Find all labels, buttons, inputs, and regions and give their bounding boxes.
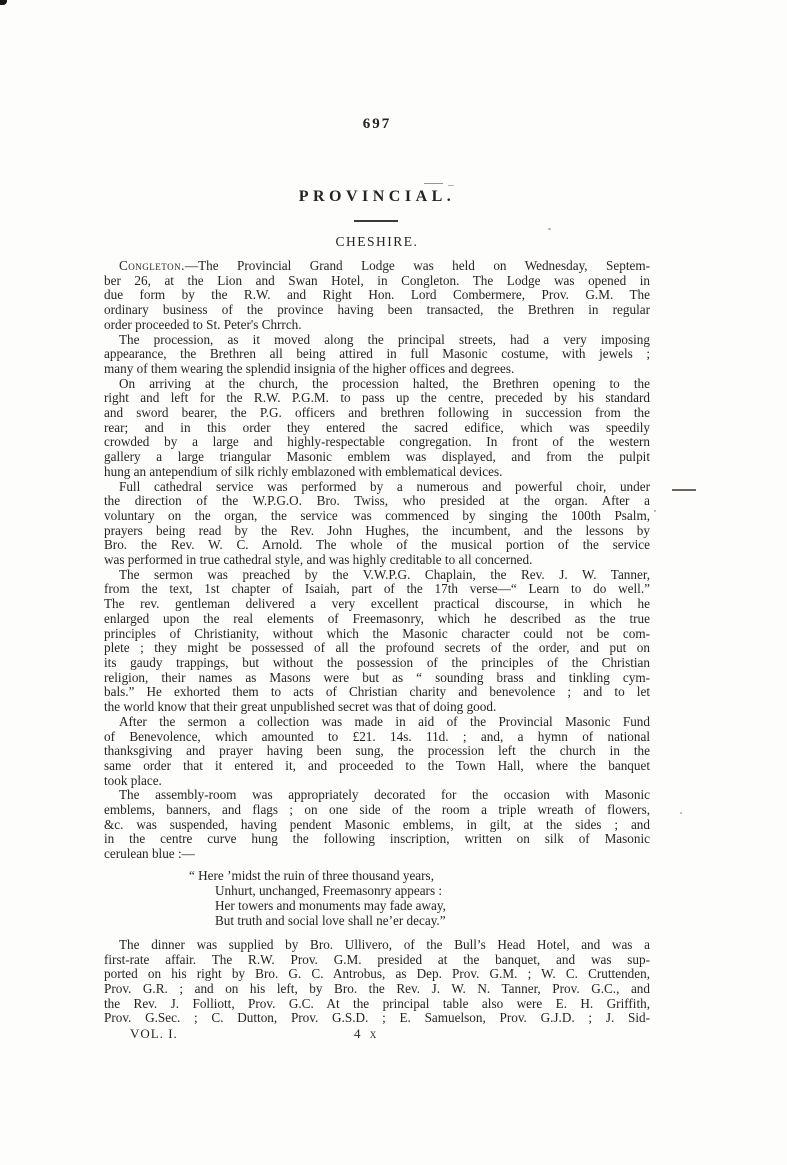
text-line: Prov. G.Sec. ; C. Dutton, Prov. G.S.D. ;… <box>104 1011 650 1026</box>
text-line: the direction of the W.P.G.O. Bro. Twiss… <box>104 494 650 509</box>
text-line: But truth and social love shall ne’er de… <box>215 913 650 928</box>
text-line: many of them wearing the splendid insign… <box>104 362 650 377</box>
paragraph: The procession, as it moved along the pr… <box>104 333 650 377</box>
text-line: Prov. G.R. ; and on his left, by Bro. th… <box>104 982 650 997</box>
text-line: crowded by a large and highly-respectabl… <box>104 435 650 450</box>
scan-artifact-smudge <box>424 183 443 184</box>
text-line: After the sermon a collection was made i… <box>104 715 650 730</box>
text-line: prayers being read by the Rev. John Hugh… <box>104 524 650 539</box>
text-line: rear; and in this order they entered the… <box>104 421 650 436</box>
scanned-page: 697 PROVINCIAL. CHESHIRE. Congleton.—The… <box>0 0 787 1165</box>
text-line: voluntary on the organ, the service was … <box>104 509 650 524</box>
page-footer: VOL. I. 4 x <box>104 1026 650 1042</box>
article-body: Congleton.—The Provincial Grand Lodge wa… <box>104 259 650 1026</box>
text-line: principles of Christianity, without whic… <box>104 627 650 642</box>
paragraph: Congleton.—The Provincial Grand Lodge wa… <box>104 259 650 333</box>
text-line: order proceeded to St. Peter's Chrrch. <box>104 318 650 333</box>
text-line: bals.” He exhorted them to acts of Chris… <box>104 685 650 700</box>
text-line: thanksgiving and prayer having been sung… <box>104 744 650 759</box>
text-line: appearance, the Brethren all being attir… <box>104 347 650 362</box>
text-line: emblems, banners, and flags ; on one sid… <box>104 803 650 818</box>
text-line: religion, their names as Masons were but… <box>104 671 650 686</box>
text-line: of Benevolence, which amounted to £21. 1… <box>104 730 650 745</box>
scan-artifact-speck <box>680 812 682 814</box>
text-line: the Rev. J. Folliott, Prov. G.C. At the … <box>104 997 650 1012</box>
text-line: Full cathedral service was performed by … <box>104 480 650 495</box>
text-line: hung an antependium of silk richly embla… <box>104 465 650 480</box>
text-line: &c. was suspended, having pendent Masoni… <box>104 818 650 833</box>
paragraph: On arriving at the church, the processio… <box>104 377 650 480</box>
text-line: was performed in true cathedral style, a… <box>104 553 650 568</box>
text-line: same order that it entered it, and proce… <box>104 759 650 774</box>
text-line: Unhurt, unchanged, Freemasonry appears : <box>215 883 650 898</box>
volume-label: VOL. I. <box>130 1026 178 1042</box>
text-line: cerulean blue :— <box>104 847 650 862</box>
text-line: in the centre curve hung the following i… <box>104 832 650 847</box>
lead-word: Congleton. <box>119 258 185 273</box>
text-line: right and left for the R.W. P.G.M. to pa… <box>104 391 650 406</box>
text-line: The assembly-room was appropriately deco… <box>104 788 650 803</box>
scan-artifact-speck <box>548 228 551 230</box>
section-heading: CHESHIRE. <box>104 234 650 250</box>
scan-artifact-dash <box>672 489 696 491</box>
title-rule <box>354 220 398 222</box>
text-line: due form by the R.W. and Right Hon. Lord… <box>104 288 650 303</box>
text-line: The rev. gentleman delivered a very exce… <box>104 597 650 612</box>
scan-artifact-smudge <box>448 185 454 186</box>
text-line: took place. <box>104 774 650 789</box>
text-line: and sword bearer, the P.G. officers and … <box>104 406 650 421</box>
scan-artifact-corner <box>0 0 7 5</box>
paragraph: The assembly-room was appropriately deco… <box>104 788 650 862</box>
text-line: the world know that their great unpublis… <box>104 700 650 715</box>
text-line: its gaudy trappings, but without the pos… <box>104 656 650 671</box>
paragraph: Full cathedral service was performed by … <box>104 480 650 568</box>
text-line: from the text, 1st chapter of Isaiah, pa… <box>104 582 650 597</box>
text-line: On arriving at the church, the processio… <box>104 377 650 392</box>
text-line: The sermon was preached by the V.W.P.G. … <box>104 568 650 583</box>
text-line: ber 26, at the Lion and Swan Hotel, in C… <box>104 274 650 289</box>
scan-artifact-speck <box>654 510 656 512</box>
page-title: PROVINCIAL. <box>104 188 650 206</box>
signature-mark: 4 x <box>354 1026 379 1042</box>
paragraph: The sermon was preached by the V.W.P.G. … <box>104 568 650 715</box>
text-line: ported on his right by Bro. G. C. Antrob… <box>104 967 650 982</box>
paragraph: The dinner was supplied by Bro. Ullivero… <box>104 938 650 1026</box>
text-line: The dinner was supplied by Bro. Ullivero… <box>104 938 650 953</box>
text-line: gallery a large triangular Masonic emble… <box>104 450 650 465</box>
text-line: ordinary business of the province having… <box>104 303 650 318</box>
text-line: first-rate affair. The R.W. Prov. G.M. p… <box>104 953 650 968</box>
text-line: plete ; they might be possessed of all t… <box>104 641 650 656</box>
text-line: “ Here ’midst the ruin of three thousand… <box>215 868 650 883</box>
verse-block: “ Here ’midst the ruin of three thousand… <box>104 868 650 928</box>
text-line: Congleton.—The Provincial Grand Lodge wa… <box>104 259 650 274</box>
text-line: Her towers and monuments may fade away, <box>215 898 650 913</box>
text-line: Bro. the Rev. W. C. Arnold. The whole of… <box>104 538 650 553</box>
page-number: 697 <box>104 116 650 133</box>
paragraph: After the sermon a collection was made i… <box>104 715 650 789</box>
text-line: enlarged upon the real elements of Freem… <box>104 612 650 627</box>
text-line: The procession, as it moved along the pr… <box>104 333 650 348</box>
